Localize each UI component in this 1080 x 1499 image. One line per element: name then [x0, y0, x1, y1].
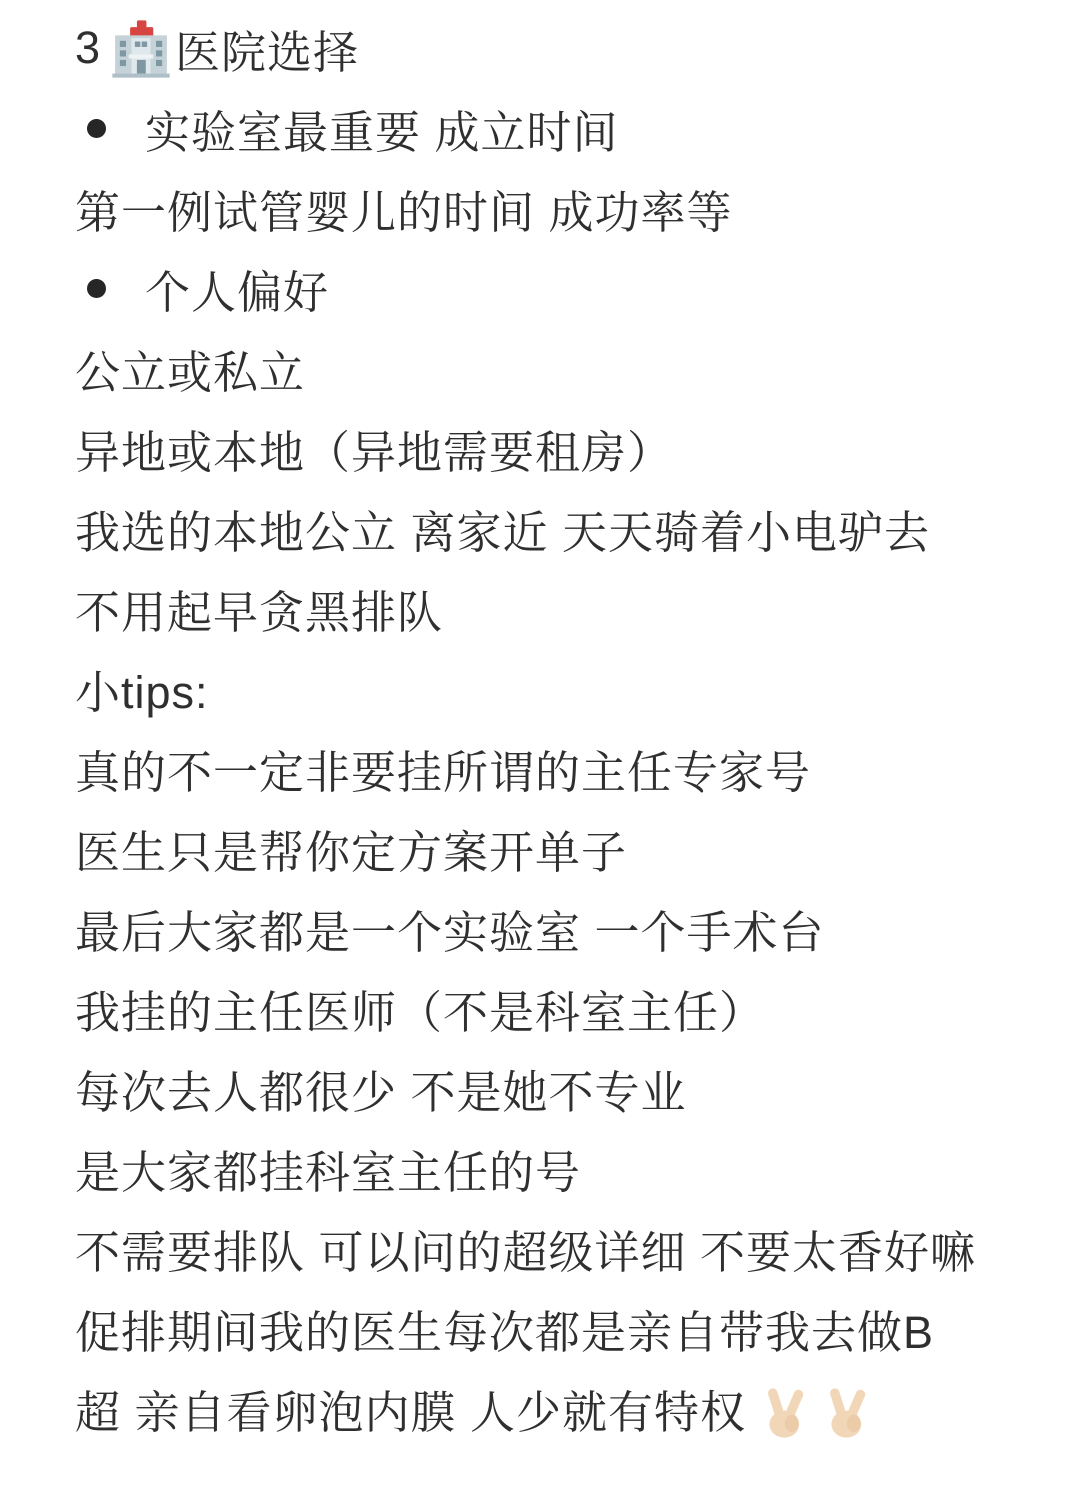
line-text: 最后大家都是一个实验室 一个手术台: [75, 896, 825, 961]
text-line: 促排期间我的医生每次都是亲自带我去做B: [75, 1288, 1040, 1368]
bullet-list-item: 个人偏好: [75, 248, 1040, 328]
section-title: 医院选择: [175, 16, 359, 81]
line-text: 不需要排队 可以问的超级详细 不要太香好嘛: [75, 1216, 976, 1281]
victory-hand-icon: [822, 1385, 876, 1439]
line-text: 每次去人都很少 不是她不专业: [75, 1056, 687, 1121]
text-line: 超 亲自看卵泡内膜 人少就有特权: [75, 1368, 1040, 1448]
text-line: 我选的本地公立 离家近 天天骑着小电驴去: [75, 488, 1040, 568]
line-text: 个人偏好: [145, 256, 329, 321]
bullet-marker: [75, 279, 145, 298]
text-line: 我挂的主任医师（不是科室主任）: [75, 968, 1040, 1048]
text-line: 不需要排队 可以问的超级详细 不要太香好嘛: [75, 1208, 1040, 1288]
text-line: 不用起早贪黑排队: [75, 568, 1040, 648]
line-text: 小tips:: [75, 656, 209, 721]
bullet-marker: [75, 119, 145, 138]
line-text: 第一例试管婴儿的时间 成功率等: [75, 176, 733, 241]
text-line: 是大家都挂科室主任的号: [75, 1128, 1040, 1208]
line-text: 异地或本地（异地需要租房）: [75, 416, 673, 481]
line-text: 我挂的主任医师（不是科室主任）: [75, 976, 765, 1041]
section-number: 3: [75, 22, 101, 74]
victory-hand-icon: [760, 1385, 814, 1439]
text-line: 医生只是帮你定方案开单子: [75, 808, 1040, 888]
line-text: 是大家都挂科室主任的号: [75, 1136, 581, 1201]
line-text: 实验室最重要 成立时间: [145, 96, 619, 161]
text-line: 第一例试管婴儿的时间 成功率等: [75, 168, 1040, 248]
hospital-emoji-icon: [111, 19, 171, 79]
text-line: 真的不一定非要挂所谓的主任专家号: [75, 728, 1040, 808]
line-text: 我选的本地公立 离家近 天天骑着小电驴去: [75, 496, 930, 561]
bullet-list-item: 实验室最重要 成立时间: [75, 88, 1040, 168]
bullet-dot-icon: [87, 119, 106, 138]
note-text-body: 3 医院选择 实验室最重要 成立时间: [0, 0, 1080, 1448]
line-text: 促排期间我的医生每次都是亲自带我去做B: [75, 1296, 934, 1361]
text-line: 每次去人都很少 不是她不专业: [75, 1048, 1040, 1128]
bullet-dot-icon: [87, 279, 106, 298]
line-text: 医生只是帮你定方案开单子: [75, 816, 627, 881]
text-line: 最后大家都是一个实验室 一个手术台: [75, 888, 1040, 968]
section-heading: 3 医院选择: [75, 8, 1040, 88]
tips-label: 小tips:: [75, 648, 1040, 728]
line-text: 真的不一定非要挂所谓的主任专家号: [75, 736, 811, 801]
victory-hand-icons: [760, 1385, 876, 1439]
text-line: 异地或本地（异地需要租房）: [75, 408, 1040, 488]
line-text: 公立或私立: [75, 336, 305, 401]
line-text: 超 亲自看卵泡内膜 人少就有特权: [75, 1376, 746, 1441]
line-text: 不用起早贪黑排队: [75, 576, 443, 641]
text-line: 公立或私立: [75, 328, 1040, 408]
